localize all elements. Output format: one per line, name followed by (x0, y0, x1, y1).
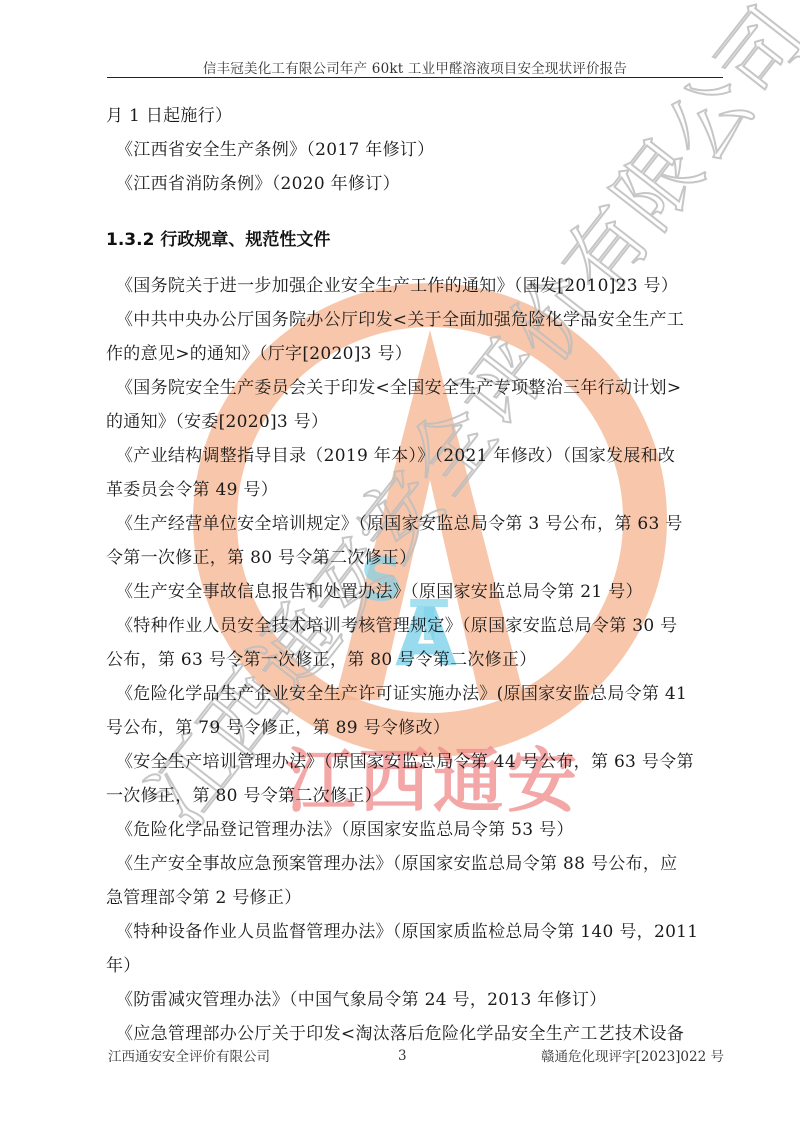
text-line: 《特种作业人员安全技术培训考核管理规定》（原国家安监总局令第 30 号 (106, 609, 726, 643)
text-line: 《生产安全事故应急预案管理办法》（原国家安监总局令第 88 号公布，应 (106, 847, 726, 881)
text-line: 的通知》（安委[2020]3 号） (106, 405, 726, 439)
text-line: 《江西省消防条例》（2020 年修订） (106, 167, 726, 201)
text-line: 号公布，第 79 号令修正，第 89 号令修改） (106, 711, 726, 745)
text-line: 令第一次修正，第 80 号令第二次修正） (106, 541, 726, 575)
text-line: 《危险化学品生产企业安全生产许可证实施办法》(原国家安监总局令第 41 (106, 677, 726, 711)
document-body: 月 1 日起施行） 《江西省安全生产条例》（2017 年修订） 《江西省消防条例… (106, 99, 726, 1051)
text-line: 《应急管理部办公厅关于印发<淘汰落后危险化学品安全生产工艺技术设备 (106, 1017, 726, 1051)
text-line: 革委员会令第 49 号） (106, 473, 726, 507)
text-line: 《江西省安全生产条例》（2017 年修订） (106, 133, 726, 167)
text-line: 《防雷减灾管理办法》（中国气象局令第 24 号，2013 年修订） (106, 983, 726, 1017)
text-line: 《产业结构调整指导目录（2019 年本）》（2021 年修改）（国家发展和改 (106, 439, 726, 473)
text-line: 公布，第 63 号令第一次修正，第 80 号令第二次修正） (106, 643, 726, 677)
text-line: 一次修正，第 80 号令第二次修正） (106, 779, 726, 813)
text-line: 作的意见>的通知》（厅字[2020]3 号） (106, 337, 726, 371)
text-line: 《生产经营单位安全培训规定》（原国家安监总局令第 3 号公布，第 63 号 (106, 507, 726, 541)
text-line: 《安全生产培训管理办法》（原国家安监总局令第 44 号公布，第 63 号令第 (106, 745, 726, 779)
header-title: 信丰冠美化工有限公司年产 60kt 工业甲醛溶液项目安全现状评价报告 (107, 57, 723, 77)
text-line: 《特种设备作业人员监督管理办法》（原国家质监检总局令第 140 号，2011 (106, 915, 726, 949)
text-line: 《中共中央办公厅国务院办公厅印发<关于全面加强危险化学品安全生产工 (106, 303, 726, 337)
text-line: 《生产安全事故信息报告和处置办法》（原国家安监总局令第 21 号） (106, 575, 726, 609)
text-line: 月 1 日起施行） (106, 99, 726, 133)
text-line: 《国务院安全生产委员会关于印发<全国安全生产专项整治三年行动计划> (106, 371, 726, 405)
text-line: 年） (106, 949, 726, 983)
text-line: 《危险化学品登记管理办法》（原国家安监总局令第 53 号） (106, 813, 726, 847)
section-heading: 1.3.2 行政规章、规范性文件 (106, 223, 726, 257)
text-line: 急管理部令第 2 号修正） (106, 881, 726, 915)
page-header: 信丰冠美化工有限公司年产 60kt 工业甲醛溶液项目安全现状评价报告 (107, 55, 723, 78)
text-line: 《国务院关于进一步加强企业安全生产工作的通知》（国发[2010]23 号） (106, 269, 726, 303)
